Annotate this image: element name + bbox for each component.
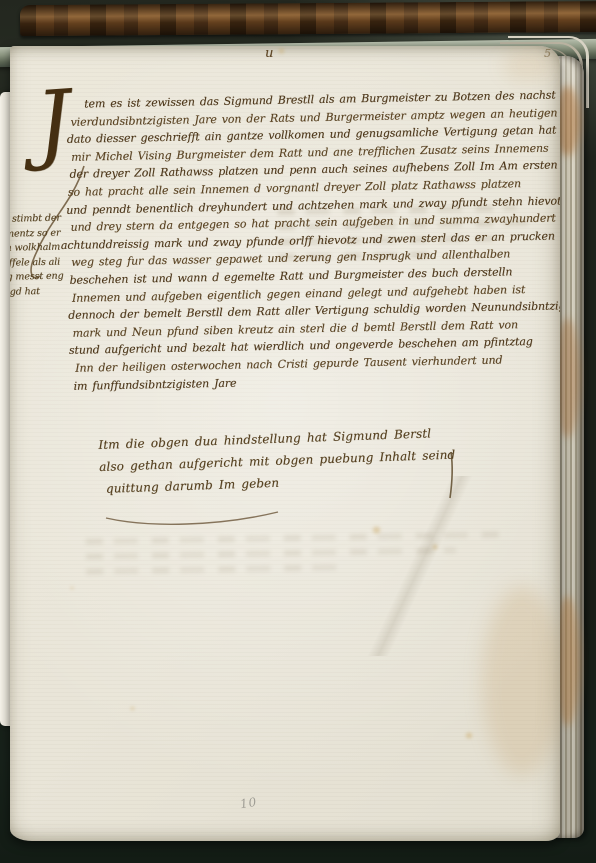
foxing-spot — [432, 544, 438, 550]
damp-stain — [502, 48, 554, 82]
quire-mark: u — [265, 46, 271, 61]
manuscript-scan-scene: u 5 J tem es ist zewissen das Sigmund Br… — [0, 0, 596, 863]
marginal-notes: nt stimbt der ementz so er on wolkhalm o… — [10, 211, 81, 300]
pencil-page-number: 10 — [239, 795, 258, 812]
manuscript-page: u 5 J tem es ist zewissen das Sigmund Br… — [10, 46, 560, 841]
leather-binding-top-edge — [20, 1, 596, 36]
damp-stain — [482, 586, 560, 776]
closing-note-paragraph: Itm die obgen dua hindstellung hat Sigmu… — [98, 422, 456, 500]
main-entry-paragraph: tem es ist zewissen das Sigmund Brestll … — [58, 86, 560, 395]
foxing-spot — [278, 48, 285, 54]
foxing-spot — [130, 706, 135, 711]
foxing-spot — [70, 586, 74, 590]
show-through-verso-text — [86, 522, 507, 583]
foxing-spot — [372, 526, 381, 534]
margin-note-line: mgd hat — [10, 284, 81, 300]
foxing-spot — [465, 732, 473, 739]
